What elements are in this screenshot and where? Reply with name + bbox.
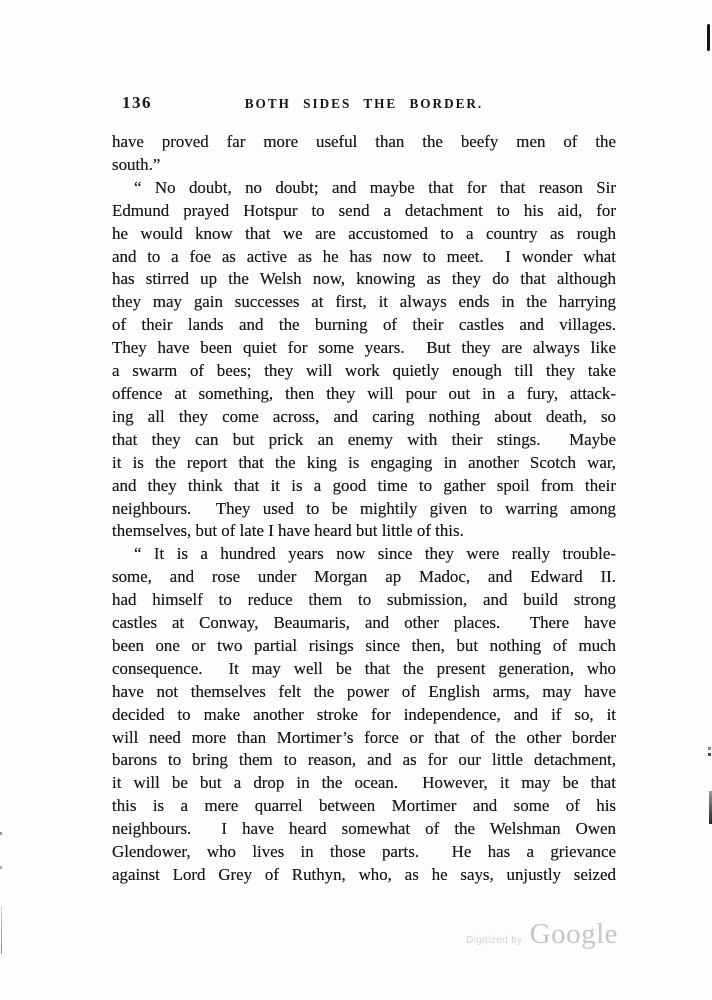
paragraph: “ No doubt, no doubt; and maybe that for… (112, 177, 616, 544)
text-line: Edmund prayed Hotspur to send a detachme… (112, 200, 616, 223)
text-block: have proved far more useful than the bee… (112, 131, 616, 887)
text-line: he would know that we are accustomed to … (112, 223, 616, 246)
google-logo: Google (530, 918, 618, 951)
text-line: decided to make another stroke for indep… (112, 704, 616, 727)
text-line: and they think that it is a good time to… (112, 475, 616, 498)
paragraph: “ It is a hundred years now since they w… (112, 543, 616, 887)
text-line: have not themselves felt the power of En… (112, 681, 616, 704)
scan-artifact-left-dot (0, 832, 2, 835)
text-line: “ It is a hundred years now since they w… (112, 543, 616, 566)
text-line: offence at something, then they will pou… (112, 383, 616, 406)
text-line: barons to bring them to reason, and as f… (112, 749, 616, 772)
text-line: of their lands and the burning of their … (112, 314, 616, 337)
text-line: “ No doubt, no doubt; and maybe that for… (112, 177, 616, 200)
text-line: this is a mere quarrel between Mortimer … (112, 795, 616, 818)
running-title: BOTH SIDES THE BORDER. (112, 96, 616, 112)
watermark-prefix-label: Digitized by (466, 935, 523, 946)
scan-artifact-left-dot (0, 866, 2, 869)
text-line: and to a foe as active as he has now to … (112, 246, 616, 269)
text-line: had himself to reduce them to submission… (112, 589, 616, 612)
text-line: have proved far more useful than the bee… (112, 131, 616, 154)
book-page: 136 BOTH SIDES THE BORDER. have proved f… (0, 0, 712, 1000)
text-line: south.” (112, 154, 616, 177)
text-line: it is the report that the king is engagi… (112, 452, 616, 475)
digitized-watermark: Digitized by Google (466, 918, 618, 958)
text-line: will need more than Mortimer’s force or … (112, 727, 616, 750)
text-line: has stirred up the Welsh now, knowing as… (112, 268, 616, 291)
text-line: consequence. It may well be that the pre… (112, 658, 616, 681)
text-line: They have been quiet for some years. But… (112, 337, 616, 360)
text-line: it will be but a drop in the ocean. Howe… (112, 772, 616, 795)
text-line: castles at Conway, Beaumaris, and other … (112, 612, 616, 635)
text-line: neighbours. I have heard somewhat of the… (112, 818, 616, 841)
scan-artifact-top-right (707, 24, 710, 51)
text-line: been one or two partial risings since th… (112, 635, 616, 658)
text-line: some, and rose under Morgan ap Madoc, an… (112, 566, 616, 589)
text-line: that they can but prick an enemy with th… (112, 429, 616, 452)
text-line: they may gain successes at first, it alw… (112, 291, 616, 314)
text-line: neighbours. They used to be mightily giv… (112, 498, 616, 521)
scan-artifact-right-dot (708, 753, 711, 756)
scan-artifact-right-dot (708, 747, 711, 750)
paragraph: have proved far more useful than the bee… (112, 131, 616, 177)
scan-artifact-left-line (1, 906, 2, 954)
text-line: Glendower, who lives in those parts. He … (112, 841, 616, 864)
text-line: against Lord Grey of Ruthyn, who, as he … (112, 864, 616, 887)
text-line: themselves, but of late I have heard but… (112, 520, 616, 543)
text-line: ing all they come across, and caring not… (112, 406, 616, 429)
text-line: a swarm of bees; they will work quietly … (112, 360, 616, 383)
page-header: 136 BOTH SIDES THE BORDER. (112, 93, 616, 113)
